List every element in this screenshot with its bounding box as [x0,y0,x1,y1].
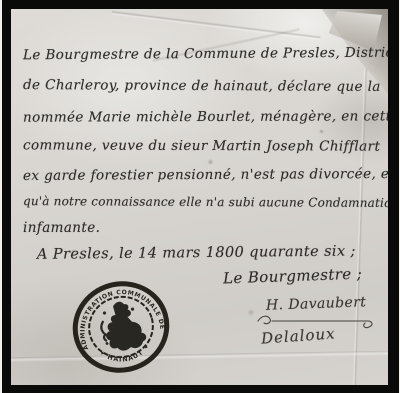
closing-title: Le Bourgmestre ; [223,265,363,288]
handwritten-line: commune, veuve du sieur Martin Joseph Ch… [23,137,382,154]
handwritten-line: nommée Marie michèle Bourlet, ménagère, … [23,108,382,125]
paper-stain [207,159,214,165]
scanned-document-page: { "page": { "background_color": "#f2f1ef… [0,0,400,393]
handwritten-line: de Charleroy, province de hainaut, décla… [23,77,382,95]
signature-delaloux: Delaloux [261,324,337,347]
handwritten-line: Le Bourgmestre de la Commune de Presles,… [23,45,382,64]
document-paper: Le Bourgmestre de la Commune de Presles,… [11,9,388,385]
paper-stain [319,129,324,134]
paper-crease [11,351,388,363]
handwritten-line: qu'à notre connaissance elle n'a subi au… [23,194,382,210]
lion-rampant-emblem [95,297,148,356]
dateline: A Presles, le 14 mars 1800 quarante six … [37,243,382,263]
handwritten-line: infamante. [23,220,382,236]
communal-seal-stamp: ADMINISTRATION COMMUNALE DE PRESLES ✦ HA… [58,267,184,385]
scan-black-frame: Le Bourgmestre de la Commune de Presles,… [2,0,399,393]
paper-crease [111,10,320,41]
handwritten-line: ex garde forestier pensionné, n'est pas … [23,166,382,184]
